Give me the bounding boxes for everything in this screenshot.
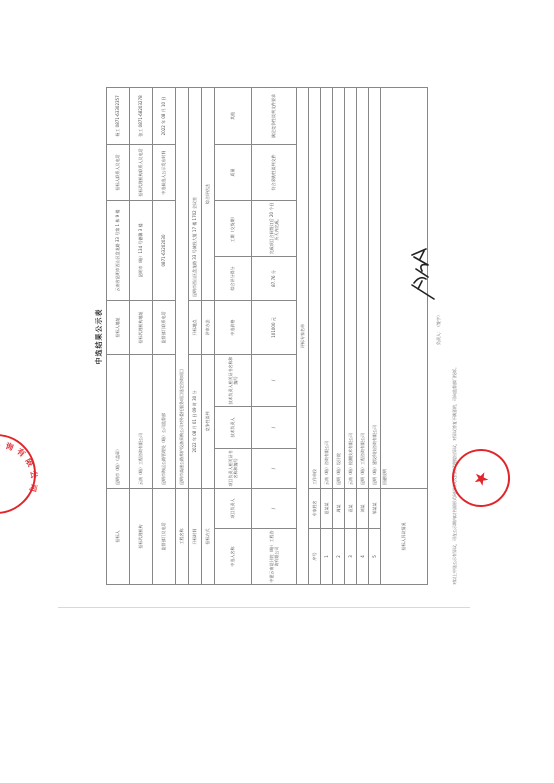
expert-row: 5 邹某某 昆明（略）建设科技咨询有限公司 [369, 87, 381, 584]
winner-header-tech: 技术负责人 [215, 407, 252, 449]
document-footnote: 对以上中选公示有异议，可在公示期内以书面形式向招标人及招标代理提出异议，对异议答… [452, 88, 458, 585]
expert-unit: 昆明（略）工程咨询有限公司 [357, 87, 369, 488]
publish-time-label: 中选候选人公示发布时间 [153, 144, 176, 200]
winner-quality: 符合采购性谈判文件 [252, 144, 297, 200]
method-row: 招标方式 竞争性谈判 评审办法 综合评估法 [202, 87, 215, 584]
open-place-value: 昆明市西山区盘龙路 33 号城投大厦 17 楼 1702 会议室 [189, 87, 202, 300]
agency-label: 招标代理机构 [130, 489, 153, 585]
handwritten-signature [408, 243, 438, 303]
expert-unit: 昆明（略）建设科技咨询有限公司 [369, 87, 381, 488]
expert-name: 周某 [333, 489, 345, 529]
expert-index: 3 [345, 529, 357, 585]
objection-row: 招标人异议情况 回避说明 [381, 87, 428, 584]
winner-header-row: 中选人名称 项目负责人 项目负责人相关证书名称和编号 技术负责人 技术负责人相关… [215, 87, 252, 584]
project-row: 工程名称 昆明市高速公路养护设备采购公司对外委托服务项目选定咨询项目 [176, 87, 189, 584]
winner-row: 中建云南设计院（略）工程咨询有限公司 / / / / 101000 元 87.7… [252, 87, 297, 584]
agency-contact-value: 张工 0871-68203278 [130, 87, 153, 144]
expert-section-row: 评标专家名单 [297, 87, 309, 584]
expert-section-label: 评标专家名单 [297, 87, 309, 584]
objection-label: 招标人异议情况 [381, 489, 428, 585]
tenderer-contact-value: 杨工 0871-63302357 [107, 87, 130, 144]
supervisor-phone-value: 0871-63202030 [153, 200, 176, 300]
method-value: 竞争性谈判 [202, 354, 215, 488]
agency-address-label: 招标代理机构地址 [130, 300, 153, 354]
winner-tech: / [252, 407, 297, 449]
document-title: 中选结果公示表 [92, 88, 106, 585]
expert-name: 袁某 [345, 489, 357, 529]
expert-row: 3 袁某 云南（略）检测技术有限公司 [345, 87, 357, 584]
open-time-value: 2022 年 08 月 01 日 09 时 30 分 [189, 354, 202, 488]
winner-period: 完成项目合同签订后 20 个日历天内完成。 [252, 200, 297, 256]
open-place-label: 开标地点 [189, 300, 202, 354]
winner-header-score: 综合评分得分 [215, 256, 252, 300]
tenderer-row: 招标人 昆明市（略）（盖章） 招标人地址 云南省昆明市西山区盘龙路 33 号第 … [107, 87, 130, 584]
winner-pm: / [252, 489, 297, 529]
expert-name: 夏某某 [321, 489, 333, 529]
expert-row: 4 刘某 昆明（略）工程咨询有限公司 [357, 87, 369, 584]
expert-index: 1 [321, 529, 333, 585]
winner-header-pm: 项目负责人 [215, 489, 252, 529]
tenderer-value: 昆明市（略）（盖章） [107, 354, 130, 488]
result-announcement-document: 中选结果公示表 招标人 昆明市（略）（盖章） 招标人地址 云南省昆明市西山区盘龙… [92, 88, 460, 585]
tenderer-label: 招标人 [107, 489, 130, 585]
supervisor-value: 昆明市海运公路管理处（略）公司监督部 [153, 354, 176, 488]
agency-address-value: 昆明市（略）134 号德馨 3 楼 [130, 200, 153, 300]
tenderer-contact-label: 招标人联系人及电话 [107, 144, 130, 200]
expert-name: 邹某某 [369, 489, 381, 529]
expert-index: 2 [333, 529, 345, 585]
company-seal-edge: ★ 招 标 咨 询 有 限 公 司 [0, 434, 36, 514]
evaluation-value: 综合评估法 [202, 87, 215, 300]
signature-label: 负责人：（签字） [436, 313, 442, 345]
agency-value: 云南（略）工程咨询有限公司 [130, 354, 153, 488]
winner-name: 中建云南设计院（略）工程咨询有限公司 [252, 529, 297, 585]
winner-header-name: 中选人名称 [215, 529, 252, 585]
expert-name: 刘某 [357, 489, 369, 529]
expert-unit: 昆明（略）设计院 [333, 87, 345, 488]
expert-unit: 云南（略）咨询有限公司 [321, 87, 333, 488]
winner-tech-cert: / [252, 354, 297, 406]
winner-price: 101000 元 [252, 300, 297, 354]
open-time-row: 开标时间 2022 年 08 月 01 日 09 时 30 分 开标地点 昆明市… [189, 87, 202, 584]
expert-header-unit: 工作单位 [309, 87, 321, 488]
evaluation-label: 评审办法 [202, 300, 215, 354]
expert-index: 4 [357, 529, 369, 585]
winner-header-quality: 质量 [215, 144, 252, 200]
winner-pm-cert: / [252, 449, 297, 489]
expert-header-row: 序号 专家姓名 工作单位 [309, 87, 321, 584]
winner-header-tech-cert: 技术负责人相关证书名称和编号 [215, 354, 252, 406]
tenderer-address-label: 招标人地址 [107, 300, 130, 354]
supervisor-phone-label: 监督部门联系电话 [153, 300, 176, 354]
project-label: 工程名称 [176, 489, 189, 585]
project-value: 昆明市高速公路养护设备采购公司对外委托服务项目选定咨询项目 [176, 87, 189, 488]
expert-index: 5 [369, 529, 381, 585]
winner-header-pm-cert: 项目负责人相关证书名称和编号 [215, 449, 252, 489]
announcement-table: 招标人 昆明市（略）（盖章） 招标人地址 云南省昆明市西山区盘龙路 33 号第 … [106, 87, 428, 585]
winner-score: 87.76 分 [252, 256, 297, 300]
supervisor-label: 监督部门及电话 [153, 489, 176, 585]
expert-header-name: 专家姓名 [309, 489, 321, 529]
supervisor-row: 监督部门及电话 昆明市海运公路管理处（略）公司监督部 监督部门联系电话 0871… [153, 87, 176, 584]
seal-star-icon: ★ [471, 468, 490, 489]
page-divider [58, 607, 470, 608]
winner-other: 满足竞争性谈判文件要求 [252, 87, 297, 144]
agency-row: 招标代理机构 云南（略）工程咨询有限公司 招标代理机构地址 昆明市（略）134 … [130, 87, 153, 584]
winner-header-other: 其他 [215, 87, 252, 144]
agency-contact-label: 招标代理机构联系人及电话 [130, 144, 153, 200]
tenderer-address-value: 云南省昆明市西山区盘龙路 33 号第 1 栋 9 楼 [107, 200, 130, 300]
expert-unit: 云南（略）检测技术有限公司 [345, 87, 357, 488]
publish-time-value: 2022 年 08 月 10 日 [153, 87, 176, 144]
expert-row: 1 夏某某 云南（略）咨询有限公司 [321, 87, 333, 584]
winner-header-price: 中选价格 [215, 300, 252, 354]
expert-header-index: 序号 [309, 529, 321, 585]
expert-row: 2 周某 昆明（略）设计院 [333, 87, 345, 584]
method-label: 招标方式 [202, 489, 215, 585]
winner-header-period: 工期（交货期） [215, 200, 252, 256]
open-time-label: 开标时间 [189, 489, 202, 585]
